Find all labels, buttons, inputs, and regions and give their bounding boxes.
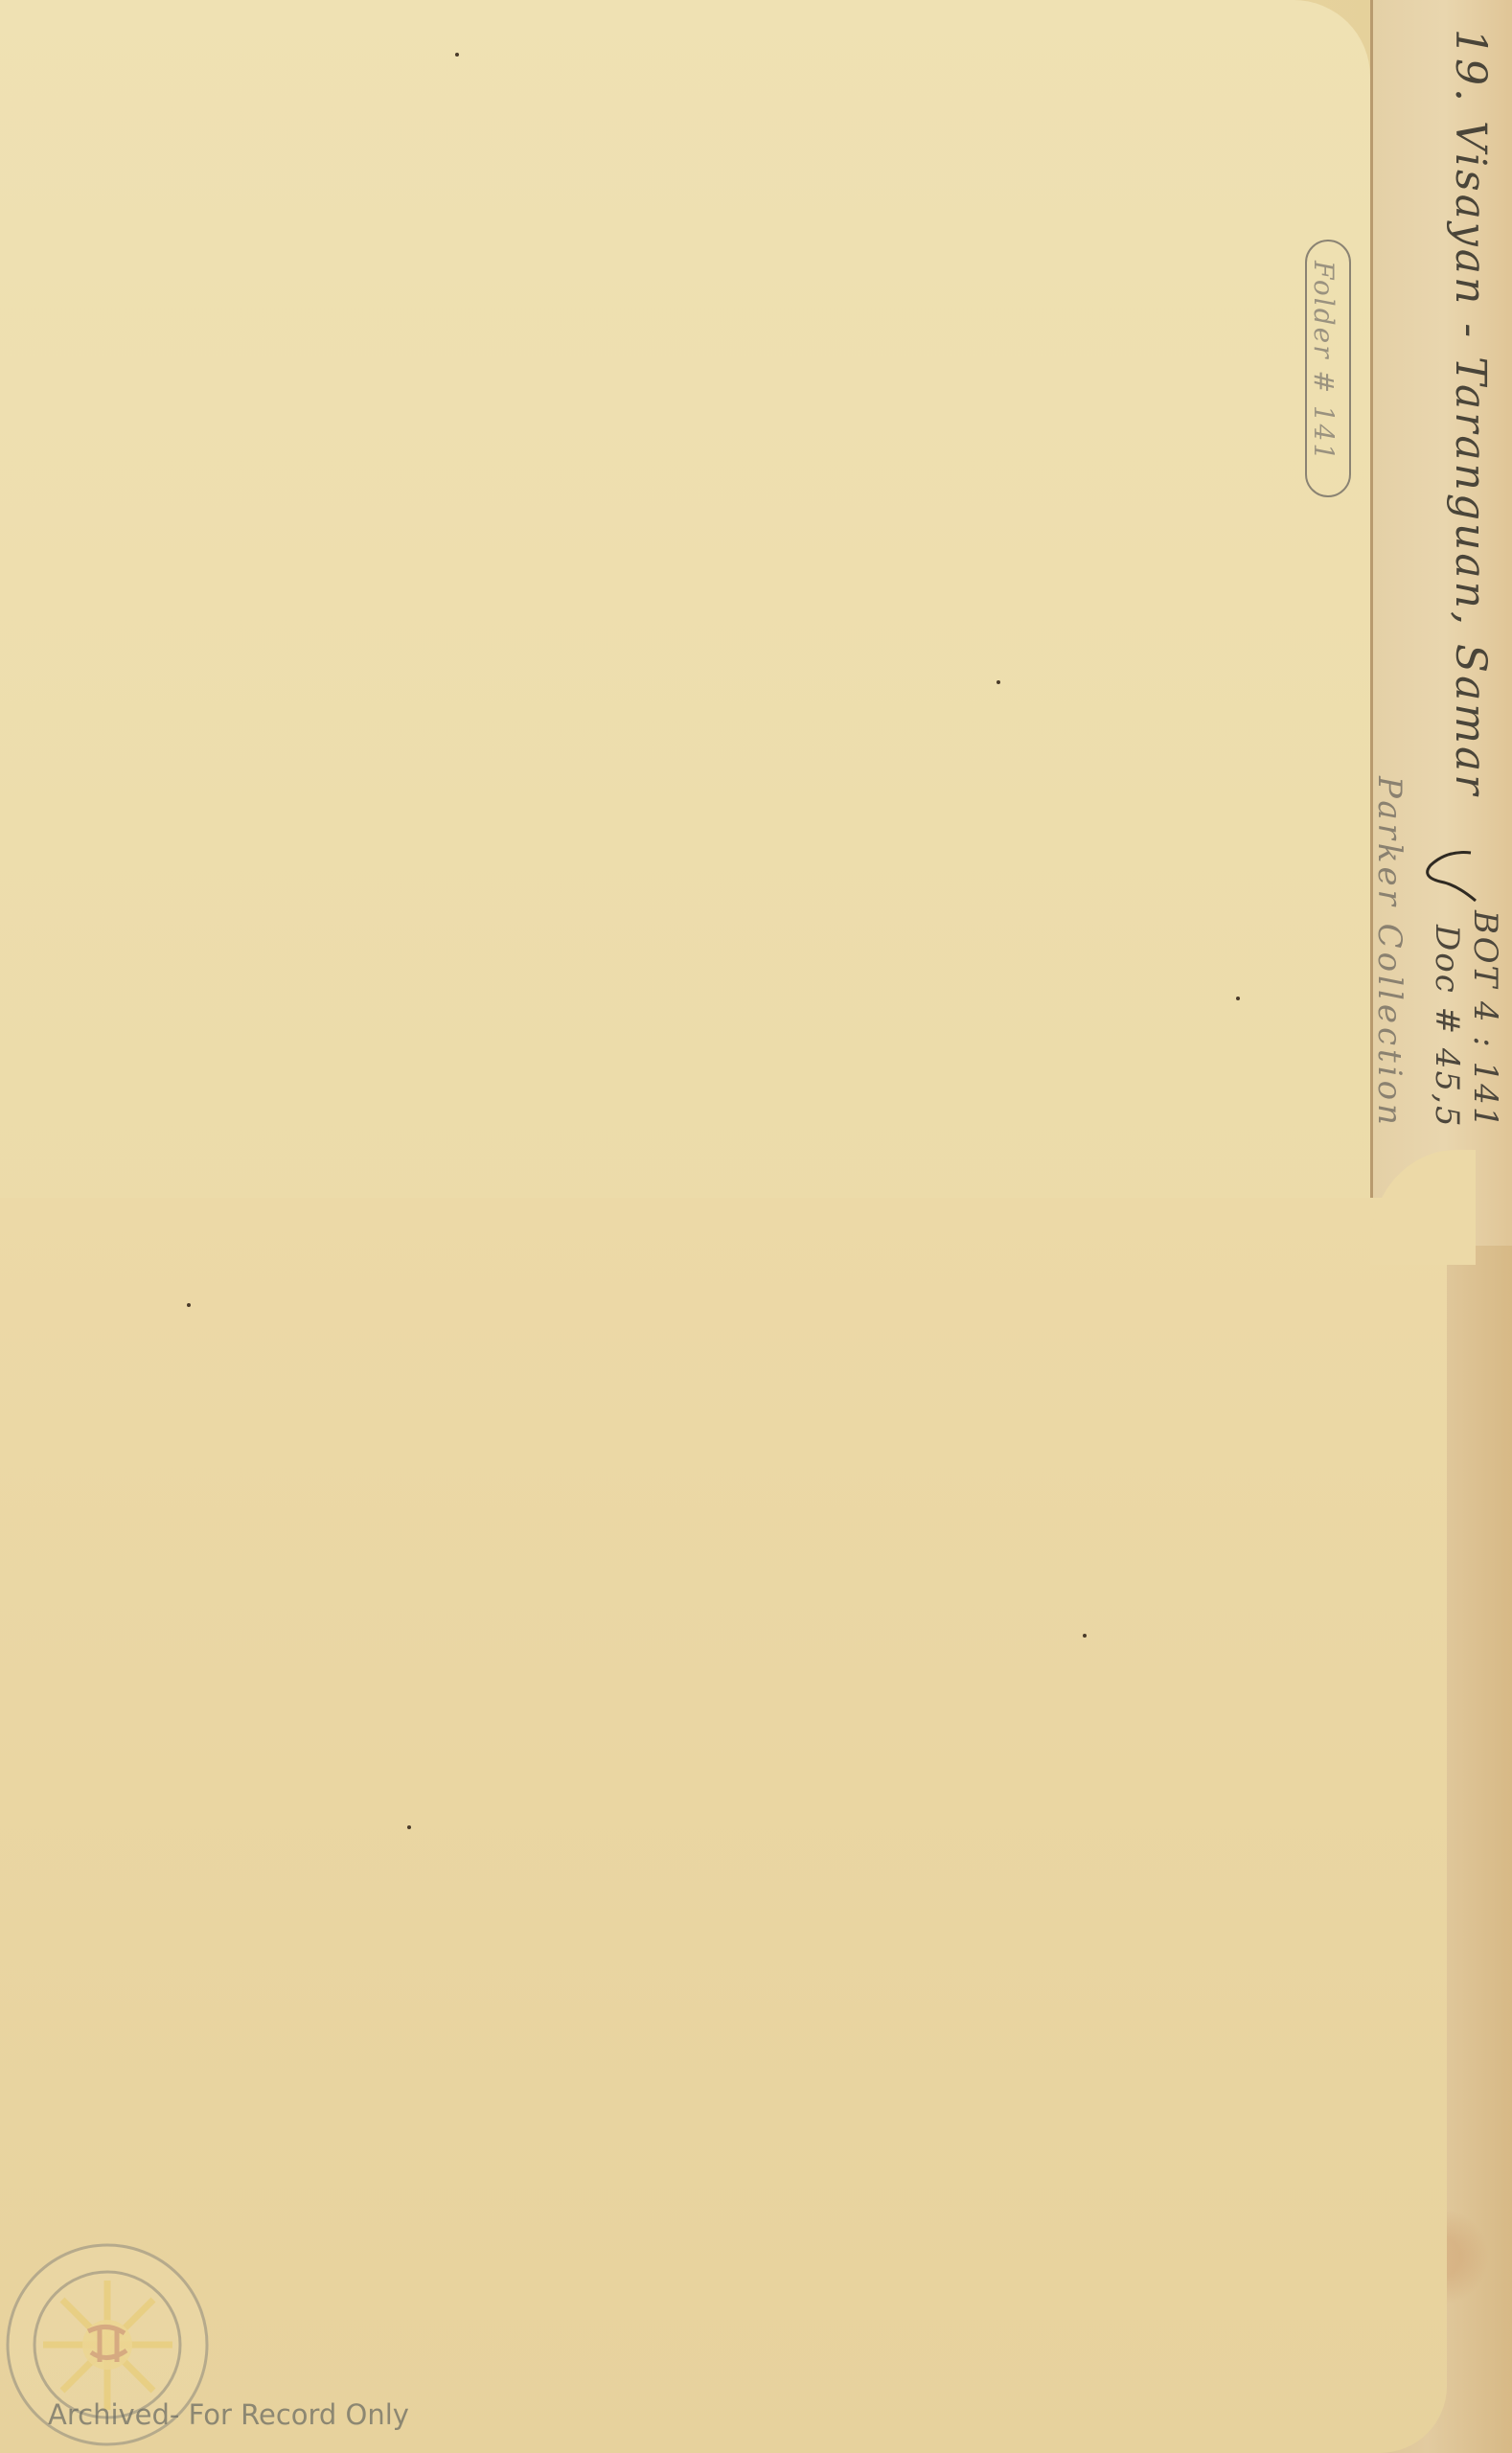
checkmark-icon — [1413, 848, 1480, 906]
tab-title-handwriting: 19. Visayan - Taranguan, Samar — [1446, 29, 1495, 797]
folder-number-label: Folder # 141 — [1305, 240, 1351, 497]
reference-line-2: Doc # 45,5 — [1428, 925, 1466, 1129]
speck — [187, 1303, 191, 1307]
archive-watermark-caption: Archived- For Record Only — [48, 2398, 409, 2431]
speck — [1083, 1634, 1087, 1638]
speck — [407, 1825, 411, 1829]
speck — [1236, 997, 1240, 1000]
reference-line-1: BOT 4 : 141 — [1466, 910, 1504, 1130]
folder-number-text: Folder # 141 — [1308, 261, 1340, 462]
folder-front-lower — [0, 1198, 1447, 2453]
collection-label: Parker Collection — [1370, 776, 1409, 1129]
speck — [455, 53, 459, 57]
speck — [997, 680, 1000, 684]
